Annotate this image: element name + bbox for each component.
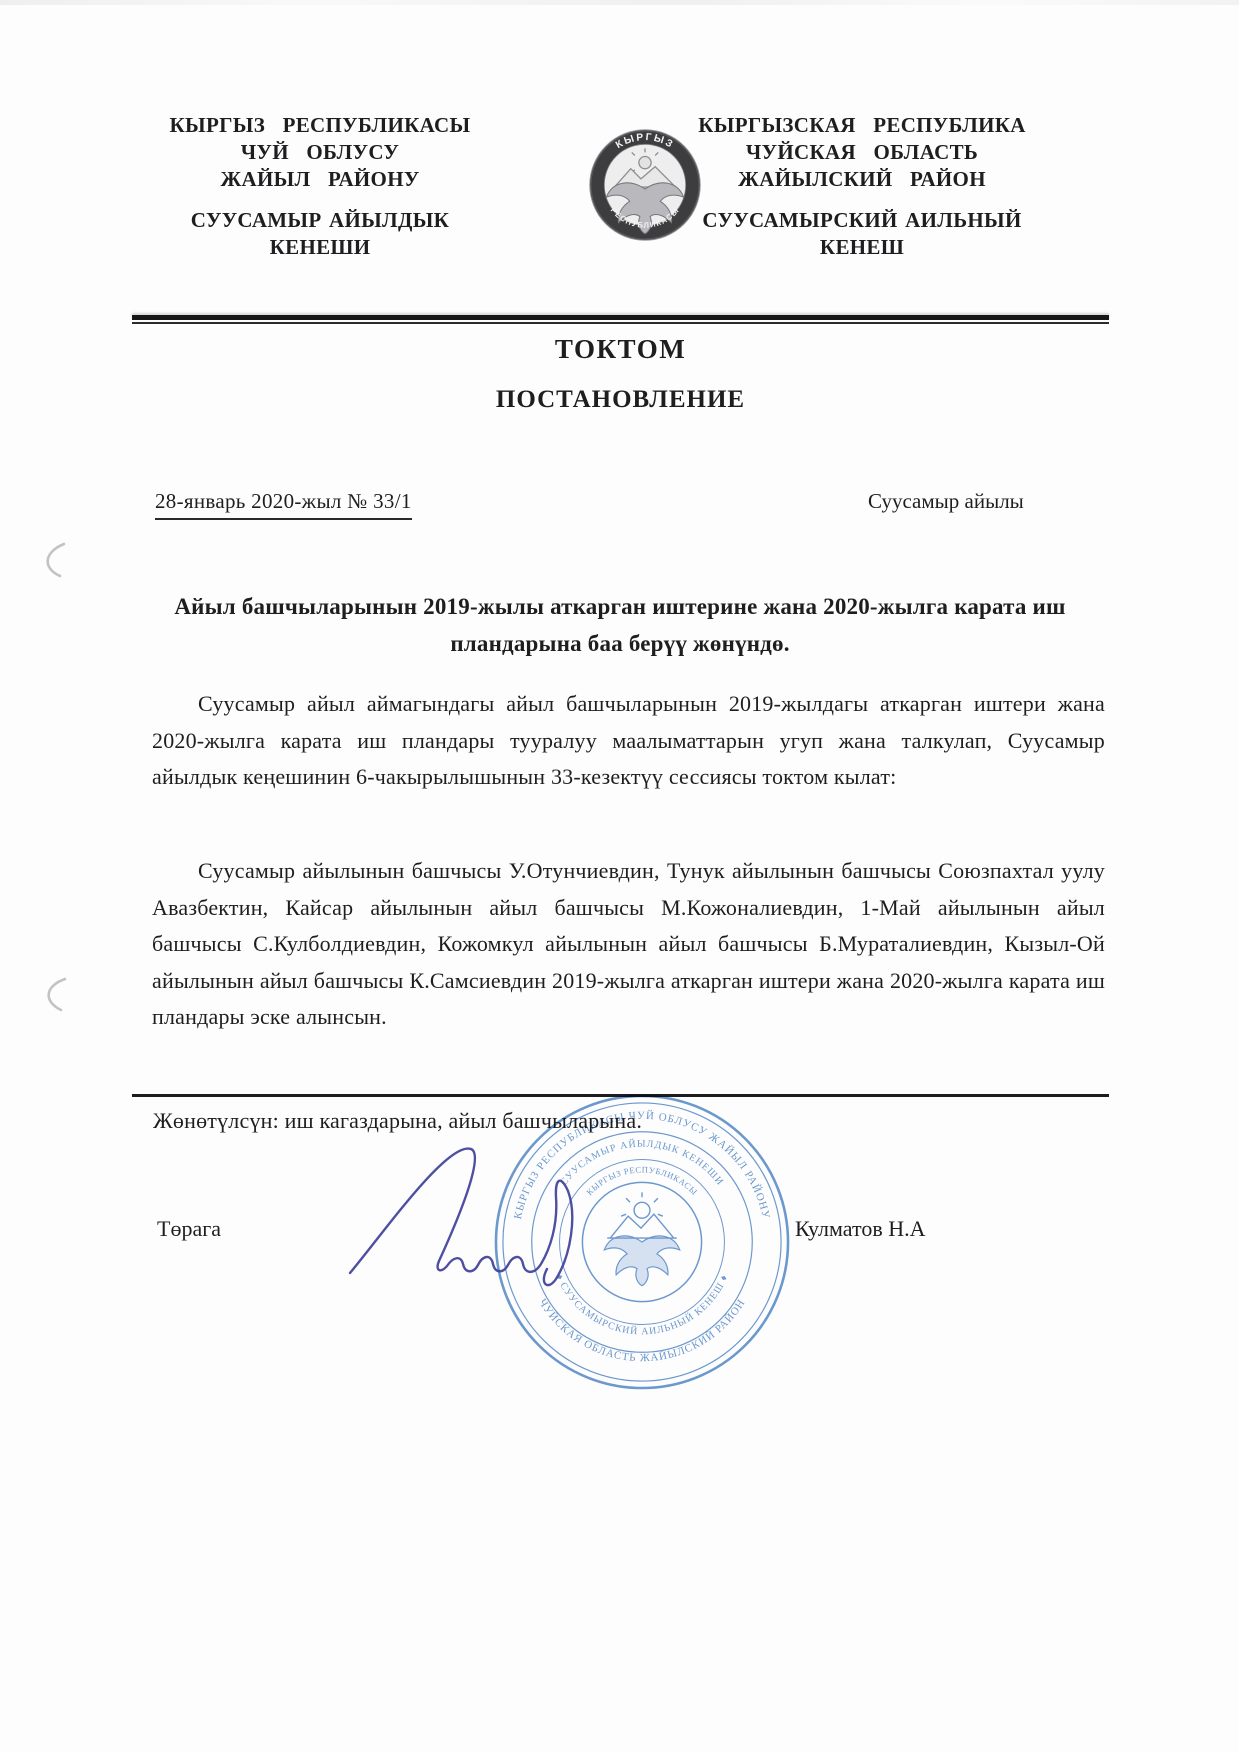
- scan-edge-artifact: [0, 0, 1239, 5]
- national-emblem-icon: КЫРГЫЗ РЕСПУБЛИКАСЫ: [588, 128, 702, 242]
- signature-ink-icon: [330, 1133, 610, 1305]
- scan-artifact-mark: [34, 540, 74, 582]
- body-paragraph-1: Суусамыр айыл аймагындагы айыл башчылары…: [152, 686, 1105, 796]
- header-org-line: СУУСАМЫР АЙЫЛДЫК: [130, 207, 510, 234]
- body-paragraph-2: Суусамыр айылынын башчысы У.Отунчиевдин,…: [152, 853, 1105, 1036]
- signer-title: Төрага: [157, 1216, 221, 1242]
- header-line: КЫРГЫЗСКАЯ РЕСПУБЛИКА: [672, 112, 1052, 139]
- header-right-block: КЫРГЫЗСКАЯ РЕСПУБЛИКА ЧУЙСКАЯ ОБЛАСТЬ ЖА…: [672, 112, 1052, 261]
- header-org-line: СУУСАМЫРСКИЙ АИЛЬНЫЙ: [672, 207, 1052, 234]
- seal-eagle: [604, 1236, 679, 1286]
- date-number-line: 28-январь 2020-жыл № 33/1: [155, 489, 412, 520]
- header-line: ЖАЙЫЛСКИЙ РАЙОН: [672, 166, 1052, 193]
- signer-name: Кулматов Н.А: [795, 1216, 926, 1242]
- place-line: Суусамыр айылы: [868, 489, 1024, 514]
- header-org-line: КЕНЕШИ: [130, 234, 510, 261]
- header-line: КЫРГЫЗ РЕСПУБЛИКАСЫ: [130, 112, 510, 139]
- header-line: ЖАЙЫЛ РАЙОНУ: [130, 166, 510, 193]
- document-page: КЫРГЫЗ РЕСПУБЛИКАСЫ ЧУЙ ОБЛУСУ ЖАЙЫЛ РАЙ…: [0, 0, 1239, 1752]
- seal-sun-mountains: [607, 1192, 677, 1238]
- header-line: ЧУЙСКАЯ ОБЛАСТЬ: [672, 139, 1052, 166]
- header-divider: [132, 315, 1109, 324]
- subject-title: Айыл башчыларынын 2019-жылы аткарган ишт…: [135, 588, 1105, 662]
- scan-artifact-mark: [34, 974, 74, 1016]
- header-left-block: КЫРГЫЗ РЕСПУБЛИКАСЫ ЧУЙ ОБЛУСУ ЖАЙЫЛ РАЙ…: [130, 112, 510, 261]
- header-line: ЧУЙ ОБЛУСУ: [130, 139, 510, 166]
- doc-type-title-russian: ПОСТАНОВЛЕНИЕ: [133, 386, 1108, 414]
- doc-type-title-kyrgyz: ТОКТОМ: [133, 334, 1108, 365]
- header-org-line: КЕНЕШ: [672, 234, 1052, 261]
